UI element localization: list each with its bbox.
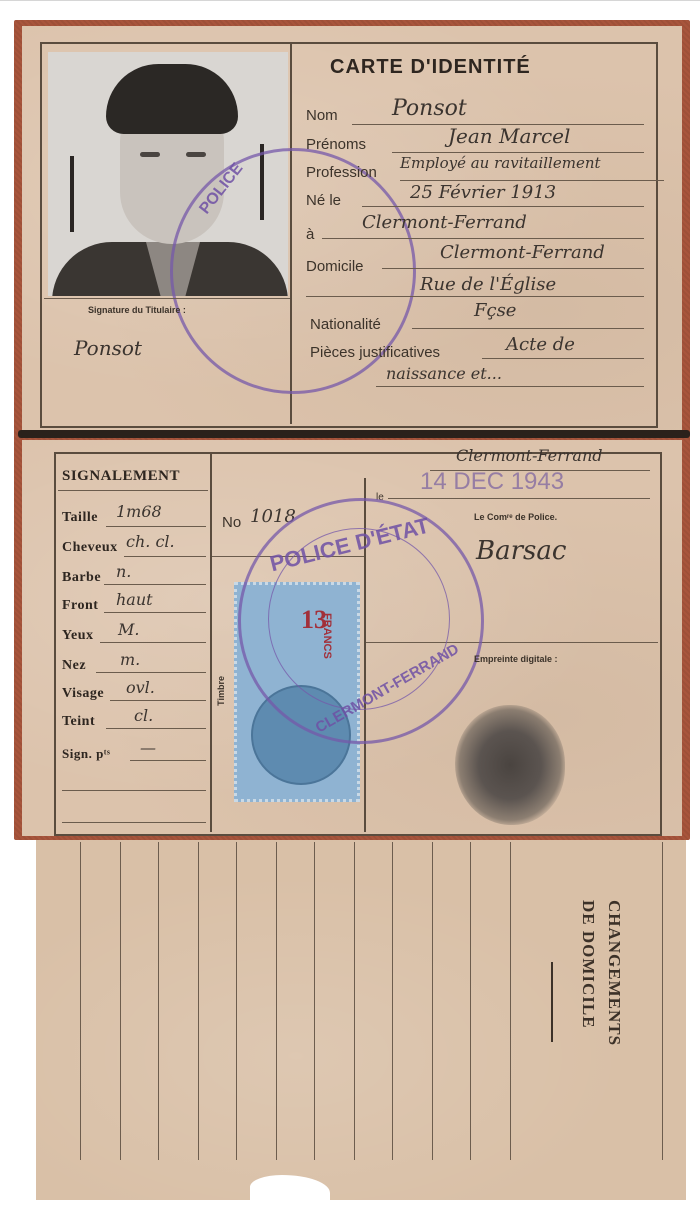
rule-yeux — [100, 642, 206, 643]
signalement-divider — [210, 454, 212, 832]
rule-cheveux — [124, 556, 206, 557]
rule-nez — [96, 672, 206, 673]
rule-pieces — [482, 358, 644, 359]
rule-teint — [106, 728, 206, 729]
commissaire-label: Le Comʳᵉ de Police. — [474, 512, 557, 522]
field-label-ne-le: Né le — [306, 192, 341, 209]
sig-label-signes: Sign. pᵗˢ — [62, 746, 110, 762]
field-value-ne-le: 25 Février 1913 — [410, 182, 556, 203]
rule-date — [388, 498, 650, 499]
rule-barbe — [104, 584, 206, 585]
sig-label-teint: Teint — [62, 714, 95, 730]
rule-profession — [400, 180, 664, 181]
rule-prenoms — [392, 152, 644, 153]
sig-label-taille: Taille — [62, 510, 98, 526]
field-label-a: à — [306, 226, 314, 243]
rule-ne-le — [362, 206, 644, 207]
field-label-prenoms: Prénoms — [306, 136, 366, 153]
sig-value-yeux: M. — [118, 620, 139, 639]
field-label-domicile: Domicile — [306, 258, 364, 275]
field-label-pieces: Pièces justificatives — [310, 344, 440, 361]
field-value-a: Clermont-Ferrand — [362, 212, 527, 233]
field-label-profession: Profession — [306, 164, 377, 181]
number-label: No — [222, 514, 241, 531]
rule-a — [322, 238, 644, 239]
sig-label-front: Front — [62, 598, 98, 614]
sig-value-signes: — — [140, 738, 156, 757]
field-value-domicile-street: Rue de l'Église — [420, 274, 556, 295]
field-label-nom: Nom — [306, 107, 338, 124]
field-value-domicile: Clermont-Ferrand — [440, 242, 605, 263]
sig-label-nez: Nez — [62, 658, 86, 674]
issue-place: Clermont-Ferrand — [456, 446, 603, 465]
date-stamp: 14 DEC 1943 — [420, 468, 564, 496]
field-value-nationalite: Fçse — [474, 300, 516, 321]
card-title: CARTE D'IDENTITÉ — [330, 56, 531, 79]
flap-heading-line1: CHANGEMENTS — [604, 900, 624, 1046]
sig-value-visage: ovl. — [126, 678, 155, 697]
rule-visage — [110, 700, 206, 701]
rule-nationalite — [412, 328, 644, 329]
sig-value-front: haut — [116, 590, 153, 609]
field-value-prenoms: Jean Marcel — [448, 124, 570, 148]
signature-label: Signature du Titulaire : — [88, 305, 186, 315]
rule-taille — [106, 526, 206, 527]
rule-blank-1 — [62, 790, 206, 791]
sig-label-cheveux: Cheveux — [62, 540, 118, 556]
top-divider — [0, 0, 700, 1]
sig-value-taille: 1m68 — [116, 502, 162, 521]
field-value-pieces-2: naissance et... — [386, 364, 502, 383]
sig-label-barbe: Barbe — [62, 570, 101, 586]
sig-value-nez: m. — [120, 650, 140, 669]
holder-signature: Ponsot — [74, 336, 142, 360]
rule-front — [104, 612, 206, 613]
rule-domicile — [382, 268, 644, 269]
fingerprint — [455, 705, 565, 825]
signalement-title: SIGNALEMENT — [62, 468, 180, 485]
rule-blank-2 — [62, 822, 206, 823]
field-label-nationalite: Nationalité — [310, 316, 381, 333]
sig-value-barbe: n. — [116, 562, 131, 581]
sig-value-teint: cl. — [134, 706, 153, 725]
field-value-pieces: Acte de — [506, 334, 575, 355]
card-fold — [18, 430, 690, 438]
field-value-profession: Employé au ravitaillement — [400, 154, 601, 172]
fingerprint-label: Empreinte digitale : — [474, 654, 558, 664]
field-value-nom: Ponsot — [392, 96, 467, 121]
timbre-label: Timbre — [216, 676, 226, 706]
photo-bottom-line — [44, 298, 290, 299]
sig-value-cheveux: ch. cl. — [126, 532, 175, 551]
rule-domicile-2 — [306, 296, 644, 297]
flap-heading-line2: DE DOMICILE — [578, 900, 598, 1029]
commissaire-signature: Barsac — [476, 536, 566, 566]
flap-underline — [551, 962, 553, 1042]
sig-label-yeux: Yeux — [62, 628, 94, 644]
rule-pieces-2 — [376, 386, 644, 387]
rule-signes — [130, 760, 206, 761]
sig-label-visage: Visage — [62, 686, 104, 702]
signalement-title-rule — [58, 490, 208, 491]
